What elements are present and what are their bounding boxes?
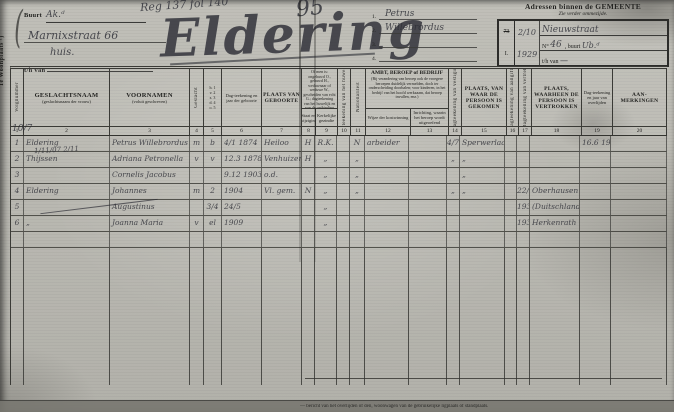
cell-volgnummer: 5 [11,200,24,215]
col-number: 20 [613,126,666,135]
cell-vestiging: „ [447,152,460,167]
cell-vertrokken-naar [530,232,580,247]
col-overlijden: Dag-teekening en jaar van overlijden19 [582,69,613,135]
addresses-box: Adressen binnen de GEMEENTE Zie verder o… [497,2,669,67]
cell-vestiging: 4/7 [447,136,460,151]
col-betrekking-legend: h. 1 v. 2 z. 3 d. 4 o. 5 [205,85,220,110]
cell-huwelijk [337,200,350,215]
cell-beroep [365,216,409,231]
cell-vestiging [447,168,460,183]
col-geslachtsnaam-sub: (geslachtsnaam der vrouw) [25,99,108,104]
cell-kerk [315,232,337,247]
cell-kerk: „ [315,200,337,215]
roman-number: I. [499,51,514,57]
no-value: 46 [550,40,561,50]
no-label: N° [542,44,549,50]
box-buurt-value: Ub.ᵈ [582,41,600,50]
col-nationaliteit-label: Nationaliteit [356,82,361,112]
col-geslachtsnaam-label: GESLACHTSNAAM [25,92,108,99]
cell-voornamen: Johannes [110,184,190,199]
table-row [11,232,667,248]
cell-geslacht: v [190,152,204,167]
col-vestiging: Dagteekening van vestiging14 [449,69,462,135]
col-geslacht: Geslacht4 [190,69,204,135]
date-top: 2/10 [515,28,539,37]
addresses-subtitle: Zie verder ommezijde. [497,11,669,17]
footnote-text: — bericht van het overlijden of den, woo… [300,404,488,409]
col-aanmerkingen: AAN-MERKINGEN20 [613,69,667,135]
bottom-rule [305,378,662,379]
cell-aangifte [505,184,517,199]
cell-huwelijk [337,168,350,183]
cell-geboortedatum: 4/1 1874 [222,136,262,151]
cell-overlijden: 16.6 19.. [580,136,611,151]
cell-huwelijk [337,136,350,151]
cell-aangifte [505,168,517,183]
cell-beroep [365,184,409,199]
cell-nationaliteit: N [350,136,365,151]
cell-volgnummer: 2 [11,152,24,167]
cell-gekomen-van: Sperwerlaan [460,136,505,151]
cell-vertrokken-naar: Herkenrath [530,216,580,231]
col-gekomen-van: PLAATS, VAN WAAR DE PERSOON IS GEKOMEN15 [462,69,507,135]
line-number: 3. [372,42,379,48]
cell-aangifte [505,232,517,247]
cell-gekomen-van: „ [460,152,505,167]
cell-beroep-inrichting [409,216,447,231]
line-number: 2. [372,28,379,34]
table-row: 5 Augustinus 3/4 24/5 „ 1930 (Duitschlan… [11,200,667,216]
col-number: 16 [507,126,518,135]
cell-aangifte [505,152,517,167]
edge-woonplaats-label: 1e Woonplaats ¹) [0,2,5,120]
cell-gekomen-van: „ [460,184,505,199]
cell-geboortedatum [222,232,262,247]
margin-note-1: 10/7 [12,124,32,134]
cell-vertrek-datum: 22/7 [517,184,530,199]
table-row: 1 Eldering Petrus Willebrordus m b 4/1 1… [11,136,667,152]
addresses-table: 73 I. 2/10 1929 Nieuwstraat N° 46 , buur… [497,19,669,67]
cell-voornamen: Petrus Willebrordus [110,136,190,151]
col-inrichting-label: Inrichting, waarin het beroep wordt uitg… [411,109,448,126]
first-name-lines: 1.Petrus 2.Willebrordus 3. 4. [372,6,477,62]
cell-vestiging [447,200,460,215]
cell-betrekking: 2 [204,184,222,199]
col-vestiging-label: Dagteekening van vestiging [453,69,458,126]
col-number: 2 [24,126,109,135]
cell-vertrek-datum [517,136,530,151]
cell-volgnummer: 3 [11,168,24,183]
col-volgnummer-label: Volgnummer [15,82,20,112]
col-voornamen-sub: (voluit geschreven) [111,99,188,104]
col-vertrokken-naar: PLAATS, WAARHEEN DE PERSOON IS VERTROKKE… [532,69,582,135]
cell-aanmerkingen [611,200,667,215]
col-huwelijk: Dagteekening van het huwelijk10 [338,69,351,135]
cell-huwelijk [337,184,350,199]
cell-vertrokken-naar [530,136,580,151]
cell-vertrokken-naar [530,168,580,183]
cell-kerk: „ [315,152,337,167]
cell-geboorteplaats: Heiloo [262,136,302,151]
cell-geboorteplaats: Venhuizen [262,152,302,167]
col-number: 19 [582,126,612,135]
cell-geboortedatum: 1909 [222,216,262,231]
cell-voornamen [110,232,190,247]
cell-voornamen: Adriana Petronella [110,152,190,167]
cell-overlijden [580,152,611,167]
col-number: 5 [204,126,221,135]
cell-aanmerkingen [611,152,667,167]
cell-gekomen-van [460,232,505,247]
col-gekomen-van-label: PLAATS, VAN WAAR DE PERSOON IS GEKOMEN [463,86,505,110]
col-betrekking: h. 1 v. 2 z. 3 d. 4 o. 55 [204,69,222,135]
cell-geslachtsnaam: Eldering [24,184,110,199]
cell-geslachtsnaam [24,200,110,215]
first-name-3 [379,47,477,48]
addresses-detail-cell: Nieuwstraat N° 46 , buurt Ub.ᵈ t/h van — [540,21,667,65]
cell-overlijden [580,232,611,247]
cell-overlijden [580,200,611,215]
burgerlijke-staat-note: Of men is: ongehuwd O., gehuwd H., weduw… [302,69,337,108]
col-overlijden-label: Dag-teekening en jaar van overlijden [583,90,611,105]
cell-overlijden [580,216,611,231]
cell-betrekking: b [204,136,222,151]
col-kostwinning-label: Wijze der kostwinning [366,109,410,126]
table-row: 6 „ Joanna Maria v el 1909 „ 1930 Herken… [11,216,667,232]
col-number: 18 [532,126,581,135]
col-vertrek-datum: Dagteekening van vertrek17 [519,69,532,135]
cell-nationaliteit: „ [350,168,365,183]
cell-aanmerkingen [611,232,667,247]
cell-betrekking: v [204,152,222,167]
cell-beroep: arbeider [365,136,409,151]
col-number: 7 [262,126,301,135]
addresses-index-cell: 73 I. [499,21,515,65]
col-number: 12 [366,126,410,135]
brace-mark: ( [14,2,23,53]
cell-vertrek-datum: 1930 [517,200,530,215]
box-th-value: — [560,56,568,65]
beroep-title: AMBT, BEROEP of BEDRIJF [366,69,448,76]
col-aangifte: Dagteekening van aangifte16 [507,69,519,135]
col-voornamen-label: VOORNAMEN [111,92,188,99]
line-number: 1. [372,14,379,20]
col-aanmerkingen-label: AAN-MERKINGEN [614,92,665,104]
cell-beroep-inrichting [409,184,447,199]
col-number: 14 [449,126,461,135]
col-geboortedatum: Dag-teekening en jaar der geboorte6 [222,69,262,135]
cell-geboorteplaats [262,200,302,215]
first-name-1: Petrus [379,9,477,20]
cell-voornamen: Cornelis Jacobus [110,168,190,183]
cell-vertrek-datum [517,152,530,167]
cell-kerk: „ [315,168,337,183]
cell-beroep-inrichting [409,136,447,151]
cell-kerk: R.K. [315,136,337,151]
cell-aangifte [505,216,517,231]
cell-nationaliteit [350,232,365,247]
cell-voornamen: Joanna Maria [110,216,190,231]
cell-aangifte [505,136,517,151]
cell-vertrokken-naar: Oberhausen [530,184,580,199]
col-number: 10 [338,126,350,135]
cell-overlijden [580,168,611,183]
table-row: 3 Cornelis Jacobus 9.12 1903 o.d. „ „ „ [11,168,667,184]
buurt-value: Ak.ᵈ [46,10,64,20]
col-geslacht-label: Geslacht [194,87,199,108]
box-th-label: t/h van [542,59,559,65]
cell-gekomen-van [460,200,505,215]
col-geboorteplaats: PLAATS VAN GEBOORTE7 [262,69,302,135]
cell-vertrokken-naar [530,152,580,167]
table-row: 4 Eldering Johannes m 2 1904 Vl. gem. N … [11,184,667,200]
cell-geslachtsnaam [24,232,110,247]
street-value: Marnixstraat 66 [24,29,166,43]
ink-streak [314,0,316,262]
old-number: 73 [499,29,514,35]
col-number: 15 [462,126,506,135]
cell-beroep-inrichting [409,232,447,247]
cell-beroep-inrichting [409,200,447,215]
cell-beroep [365,168,409,183]
first-name-4 [379,61,477,62]
cell-volgnummer: 6 [11,216,24,231]
col-huwelijk-label: Dagteekening van het huwelijk [342,69,347,126]
bottom-band: — bericht van het overlijden of den, woo… [0,400,674,412]
address-block: Buurt Ak.ᵈ Marnixstraat 66 huis. t/h van [24,4,166,74]
col-beroep-group: AMBT, BEROEP of BEDRIJF (Bij verandering… [366,69,449,135]
cell-betrekking [204,168,222,183]
cell-geslachtsnaam [24,168,110,183]
cell-betrekking: 3/4 [204,200,222,215]
cell-geboortedatum: 12.3 1878 [222,152,262,167]
cell-geboorteplaats [262,216,302,231]
col-number: 9 [316,126,337,135]
col-vertrek-datum-label: Dagteekening van vertrek [523,69,528,126]
col-voornamen: VOORNAMEN(voluit geschreven)3 [110,69,190,135]
empty-ruled-area [11,248,667,385]
cell-vertrek-datum [517,168,530,183]
cell-geslacht [190,168,204,183]
cell-geboortedatum: 24/5 [222,200,262,215]
col-geboorteplaats-label: PLAATS VAN GEBOORTE [263,92,300,104]
cell-aanmerkingen [611,184,667,199]
cell-aangifte [505,200,517,215]
cell-vertrokken-naar: (Duitschland) [530,200,580,215]
col-nationaliteit: Nationaliteit11 [351,69,366,135]
box-buurt-label: , buurt [565,44,581,50]
cell-huwelijk [337,216,350,231]
cell-vestiging: „ [447,184,460,199]
cell-aanmerkingen [611,216,667,231]
cell-vertrek-datum: 1930 [517,216,530,231]
cell-vestiging [447,216,460,231]
addresses-title: Adressen binnen de GEMEENTE [497,2,669,11]
cell-betrekking: el [204,216,222,231]
col-burgerlijke-staat-group: Of men is: ongehuwd O., gehuwd H., weduw… [302,69,338,135]
huis-value: huis. [24,47,166,58]
register-table: Volgnummer1 GESLACHTSNAAM(geslachtsnaam … [10,66,667,385]
cell-geslacht: m [190,184,204,199]
col-number: 4 [190,126,203,135]
date-bottom: 1929 [515,50,539,59]
cell-nationaliteit [350,216,365,231]
addresses-date-cell: 2/10 1929 [515,21,540,65]
table-row: 2 Thijssen Adriana Petronella v v 12.3 1… [11,152,667,168]
col-number: 17 [519,126,531,135]
address-street: Nieuwstraat [542,25,598,35]
cell-geboortedatum: 1904 [222,184,262,199]
col-vertrokken-naar-label: PLAATS, WAARHEEN DE PERSOON IS VERTROKKE… [533,86,580,110]
cell-beroep [365,200,409,215]
cell-geboorteplaats: Vl. gem. [262,184,302,199]
cell-vertrek-datum [517,232,530,247]
first-name-2: Willebrordus [379,23,477,34]
cell-aanmerkingen [611,168,667,183]
cell-nationaliteit [350,200,365,215]
cell-gekomen-van: „ [460,168,505,183]
cell-nationaliteit: „ [350,152,365,167]
cell-kerk: „ [315,184,337,199]
cell-huwelijk [337,152,350,167]
col-number: 11 [351,126,365,135]
cell-beroep [365,152,409,167]
cell-geslacht [190,232,204,247]
col-number: 13 [411,126,448,135]
register-sheet: 1e Woonplaats ¹) ( Buurt Ak.ᵈ Marnixstra… [0,0,674,412]
line-number: 4. [372,56,379,62]
cell-geslacht [190,200,204,215]
cell-geslacht: v [190,216,204,231]
cell-beroep-inrichting [409,168,447,183]
cell-beroep [365,232,409,247]
cell-nationaliteit: „ [350,184,365,199]
cell-aanmerkingen [611,136,667,151]
ink-streak [299,0,301,262]
cell-huwelijk [337,232,350,247]
cell-geslachtsnaam: „ [24,216,110,231]
cell-kerk: „ [315,216,337,231]
cell-volgnummer [11,232,24,247]
cell-vestiging [447,232,460,247]
cell-betrekking [204,232,222,247]
cell-geboorteplaats [262,232,302,247]
cell-overlijden [580,184,611,199]
cell-geboorteplaats: o.d. [262,168,302,183]
col-kerk-label: Kerkelijke gezindte [316,109,337,126]
cell-beroep-inrichting [409,152,447,167]
cell-volgnummer: 4 [11,184,24,199]
col-number: 6 [222,126,261,135]
col-number: 3 [110,126,189,135]
col-aangifte-label: Dagteekening van aangifte [510,69,515,126]
cell-geboortedatum: 9.12 1903 [222,168,262,183]
table-header: Volgnummer1 GESLACHTSNAAM(geslachtsnaam … [11,69,667,136]
cell-geslacht: m [190,136,204,151]
beroep-note: (Bij verandering van beroep ook de vroeg… [366,76,448,108]
cell-gekomen-van [460,216,505,231]
buurt-label: Buurt [24,12,42,19]
cell-volgnummer: 1 [11,136,24,151]
col-geslachtsnaam: GESLACHTSNAAM(geslachtsnaam der vrouw)2 [24,69,110,135]
col-geboortedatum-label: Dag-teekening en jaar der geboorte [223,93,260,103]
